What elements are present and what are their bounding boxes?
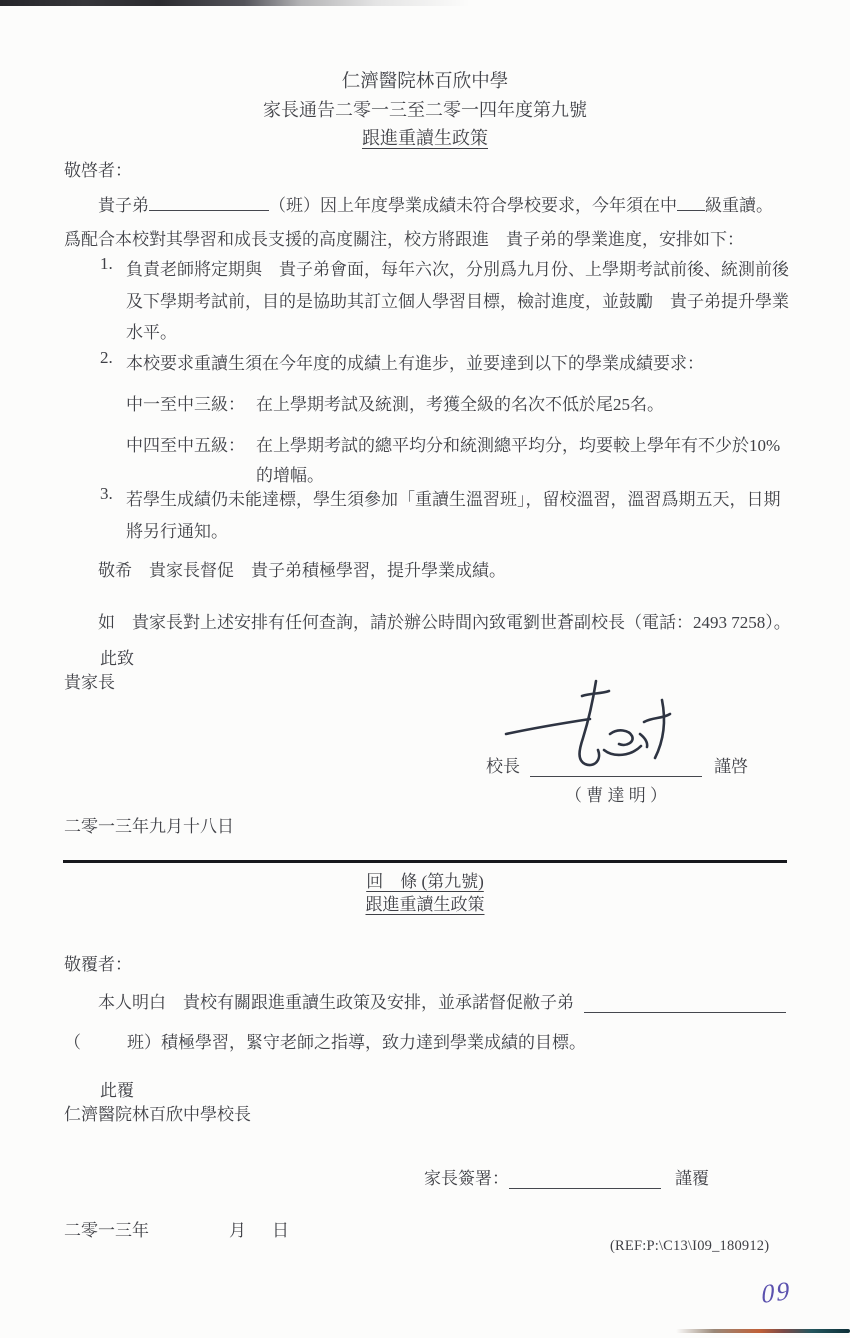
para1-end: 級重讀。 [705,196,773,215]
parent-sign-suffix: 謹覆 [675,1164,709,1189]
senior-forms-requirement: 在上學期考試的總平均分和統測總平均分，均要較上學年有不少於10%的增幅。 [256,431,794,491]
reply-body-line2-text: 班）積極學習，緊守老師之指導，致力達到學業成績的目標。 [127,1033,586,1052]
letter-salutation: 敬啓者： [64,156,132,181]
reference-code: (REF:P:\C13\I09_180912) [610,1238,769,1255]
letter-closing: 此致 [100,644,134,669]
parent-sign-label: 家長簽署： [424,1164,509,1189]
reply-closing: 此覆 [100,1076,134,1101]
letter-addressee: 貴家長 [64,668,115,693]
list-item-2-text: 本校要求重讀生須在今年度的成績上有進步，並要達到以下的學業成績要求： [126,348,790,380]
junior-forms-requirement: 在上學期考試及統測，考獲全級的名次不低於尾25名。 [256,390,790,420]
principal-signature-line [530,759,702,777]
list-item-2-number: 2. [100,348,126,368]
list-item-3-number: 3. [100,484,126,504]
reply-slip-subject-text: 跟進重讀生政策 [366,895,485,914]
reply-date-line: 二零一三年月日 [64,1216,289,1241]
form-level-blank [677,193,705,211]
scanned-notice-page: 仁濟醫院林百欣中學 家長通告二零一三至二零一四年度第九號 跟進重讀生政策 敬啓者… [0,0,850,1338]
para1-mid: （班）因上年度學業成績未符合學校要求，今年須在中 [269,196,677,215]
list-item-3-text: 若學生成績仍未能達標，學生須參加「重讀生溫習班」，留校溫習，溫習爲期五天，日期將… [126,484,790,547]
reply-salutation: 敬覆者： [64,950,132,975]
letter-paragraph1-line2: 爲配合本校對其學習和成長支援的高度關注，校方將跟進 貴子弟的學業進度，安排如下： [64,223,792,257]
principal-name: （ 曹 達 明 ） [528,781,704,806]
letter-date: 二零一三年九月十八日 [64,812,234,837]
reply-addressee: 仁濟醫院林百欣中學校長 [64,1100,251,1125]
principal-label: 校長 [486,752,520,777]
section-divider [63,860,787,863]
reply-slip-title-text: 回 條 (第九號) [366,872,484,891]
reply-body-line2: （班）積極學習，緊守老師之指導，致力達到學業成績的目標。 [64,1028,786,1053]
notice-title: 家長通告二零一三至二零一四年度第九號 [0,96,850,124]
reply-student-name-blank [584,995,786,1013]
para1-pre: 貴子弟 [98,196,149,215]
reply-date-month: 月 [229,1221,246,1240]
scan-artifact-top-edge [0,0,470,6]
reply-date-year: 二零一三年 [64,1221,149,1240]
junior-forms-label: 中一至中三級： [126,390,256,415]
student-name-blank [149,193,269,211]
letter-paragraph1-line1: 貴子弟（班）因上年度學業成績未符合學校要求，今年須在中級重讀。 [64,189,792,223]
reply-open-paren: （ [64,1033,81,1052]
scan-artifact-bottom-edge [676,1329,850,1333]
enquiry-line: 如 貴家長對上述安排有任何查詢，請於辦公時間內致電劉世蒼副校長（電話：2493 … [98,608,798,633]
list-item-1-number: 1. [100,254,126,274]
reply-slip-title: 回 條 (第九號) [0,870,850,893]
reply-date-day: 日 [272,1221,289,1240]
reply-slip-subject: 跟進重讀生政策 [0,893,850,916]
reply-class-blank [81,1047,127,1048]
parent-signature-line [509,1171,661,1189]
notice-subject-text: 跟進重讀生政策 [362,128,488,148]
senior-forms-label: 中四至中五級： [126,431,256,456]
notice-subject: 跟進重讀生政策 [0,124,850,152]
principal-suffix: 謹啓 [714,752,748,777]
list-item-1-text: 負責老師將定期與 貴子弟會面，每年六次，分別爲九月份、上學期考試前後、統測前後及… [126,254,790,349]
handwritten-mark: 09 [761,1276,792,1310]
reply-body-text: 本人明白 貴校有關跟進重讀生政策及安排，並承諾督促敝子弟 [98,988,574,1013]
school-name: 仁濟醫院林百欣中學 [0,68,850,96]
exhortation-line: 敬希 貴家長督促 貴子弟積極學習，提升學業成績。 [98,556,506,581]
